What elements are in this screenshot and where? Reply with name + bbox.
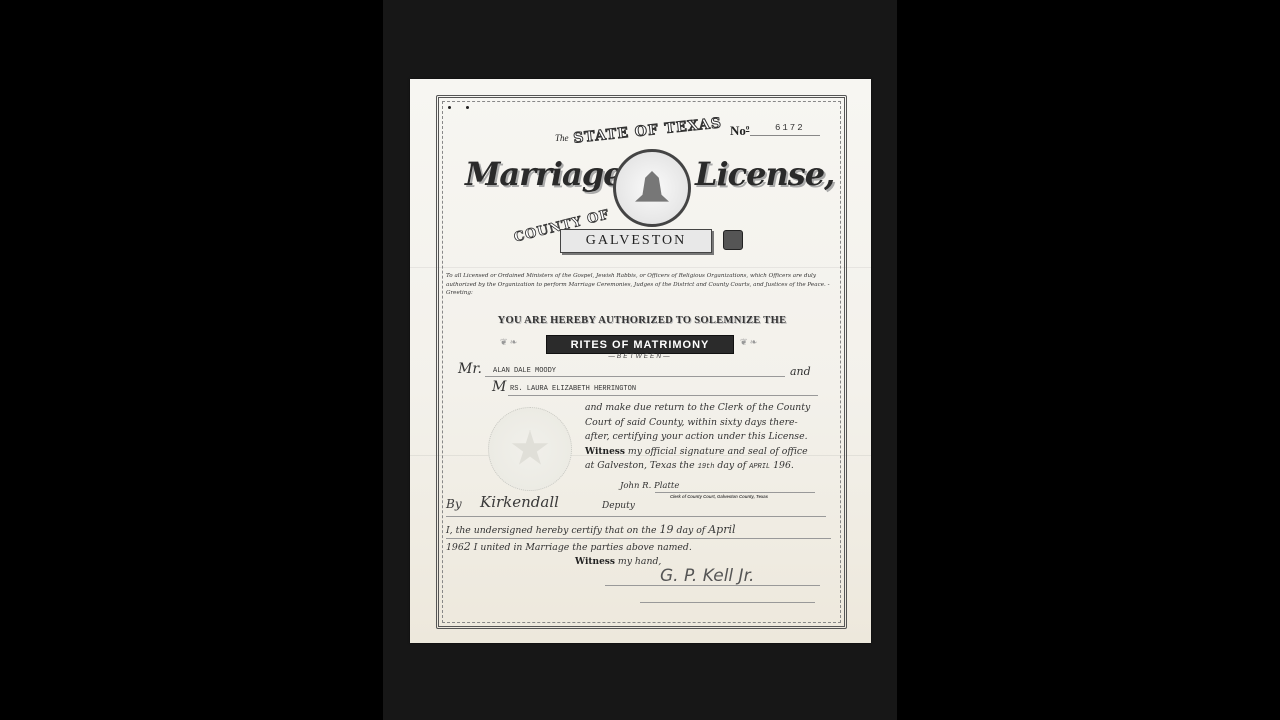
title-marriage: Marriage [465, 155, 623, 193]
preamble-text: To all Licensed or Ordained Ministers of… [446, 272, 831, 298]
certify-year-digit: 2 [464, 540, 471, 553]
bell-emblem [613, 149, 691, 227]
leaf-ornament-right: ❦ ❧ [740, 337, 757, 348]
deputy-label: Deputy [602, 501, 635, 511]
party1-prefix: Mr. [458, 361, 482, 377]
between-label: —BETWEEN— [560, 353, 720, 360]
certify-month: April [708, 523, 735, 536]
witness-clause: my official signature and seal of office [628, 446, 808, 457]
rites-text: RITES OF MATRIMONY [571, 339, 710, 351]
officiant-line [605, 585, 820, 586]
marriage-license-document: The STATE OF TEXAS Noo 6172 Marriage Lic… [410, 79, 871, 643]
header-the: The [555, 133, 569, 143]
certify-suffix: I united in Marriage the parties above n… [474, 542, 692, 553]
bell-icon [635, 171, 669, 205]
ornament-icon [723, 230, 743, 250]
deputy-by: By [446, 497, 462, 511]
county-name-banner: GALVESTON [560, 229, 712, 253]
certify-prefix: I, the undersigned hereby certify that o… [446, 525, 657, 536]
certify-year-prefix: 196 [446, 542, 464, 553]
issued-prefix: at Galveston, Texas the [585, 460, 695, 471]
rites-banner: RITES OF MATRIMONY [546, 335, 734, 354]
issued-month: APRIL [749, 463, 770, 471]
title-license: License, [695, 155, 834, 193]
county-name: GALVESTON [586, 233, 686, 249]
issued-day: 19th [698, 463, 715, 471]
party1-line [485, 376, 785, 377]
deputy-signature: Kirkendall [480, 493, 559, 511]
leaf-ornament-left: ❦ ❧ [500, 337, 517, 348]
party2-line [508, 395, 818, 396]
number-line [750, 135, 820, 136]
authorization-heading: You are hereby Authorized to Solemnize t… [442, 315, 842, 326]
license-number-label: Noo [730, 123, 749, 139]
county-seal [488, 407, 572, 491]
issued-date-line: at Galveston, Texas the 19th day of APRI… [585, 459, 830, 475]
dot [466, 106, 469, 109]
and-label: and [790, 365, 811, 378]
certify-day: 19 [660, 523, 674, 536]
certification-line2: 1962 I united in Marriage the parties ab… [446, 540, 831, 556]
party2-name: RS. LAURA ELIZABETH HERRINGTON [510, 385, 636, 393]
return-clause-line: Court of said County, within sixty days … [585, 416, 830, 431]
certify-day-of: day of [677, 525, 706, 536]
clerk-line [655, 492, 815, 493]
witness-hand-line: Witness my hand, [575, 555, 661, 570]
license-number: 6172 [775, 123, 805, 133]
witness-hand-label: Witness [575, 557, 615, 567]
officiant-signature: G. P. Kell Jr. [660, 566, 754, 586]
clerk-title: Clerk of County Court, Galveston County,… [670, 494, 768, 499]
return-clause-line: after, certifying your action under this… [585, 430, 830, 445]
deputy-line [446, 516, 826, 517]
party1-name: ALAN DALE MOODY [493, 367, 556, 375]
witness-hand: my hand, [618, 556, 661, 567]
star-icon [511, 430, 549, 468]
witness-official-line: Witness my official signature and seal o… [585, 445, 830, 460]
return-clause: and make due return to the Clerk of the … [585, 401, 830, 475]
certification-line1: I, the undersigned hereby certify that o… [446, 523, 831, 539]
witness-label: Witness [585, 447, 625, 457]
officiant-line-2 [640, 602, 815, 603]
dot [448, 106, 451, 109]
party2-prefix: M [492, 379, 506, 395]
issued-day-of: day of [717, 460, 746, 471]
certify-line [446, 538, 831, 539]
return-clause-line: and make due return to the Clerk of the … [585, 401, 830, 416]
clerk-signature: John R. Platte [620, 481, 679, 491]
issued-year: 196 [773, 460, 791, 471]
